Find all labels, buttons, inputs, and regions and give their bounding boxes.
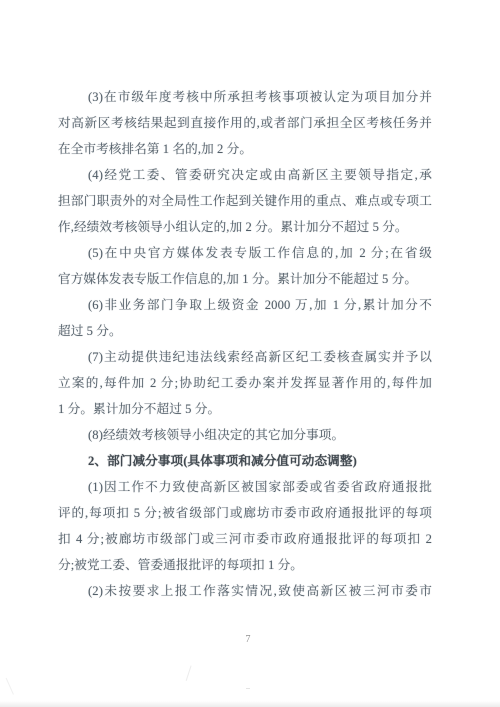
text-line: 对高新区考核结果起到直接作用的,或者部门承担全区考核任务并 — [58, 110, 432, 136]
page-bottom-edge — [0, 701, 500, 707]
text-line: 立案的,每件加 2 分;协助纪工委办案并发挥显著作用的,每件加 — [58, 370, 432, 396]
text-line: 作,经绩效考核领导小组认定的,加 2 分。累计加分不超过 5 分。 — [58, 214, 432, 240]
scan-artifact — [6, 675, 20, 694]
text-line: 1 分。累计加分不超过 5 分。 — [58, 396, 432, 422]
text-line: (2)未按要求上报工作落实情况,致使高新区被三河市委市 — [58, 578, 432, 604]
text-line: 扣 4 分;被廊坊市级部门或三河市委市政府通报批评的每项扣 2 — [58, 526, 432, 552]
text-line: 官方媒体发表专版工作信息的,加 1 分。累计加分不能超过 5 分。 — [58, 266, 432, 292]
text-line: (4)经党工委、管委研究决定或由高新区主要领导指定,承 — [58, 162, 432, 188]
text-line: 评的,每项扣 5 分;被省级部门或廊坊市委市政府通报批评的每项 — [58, 500, 432, 526]
text-line: 分;被党工委、管委通报批评的每项扣 1 分。 — [58, 552, 432, 578]
page-number: 7 — [0, 634, 496, 645]
document-page: (3)在市级年度考核中所承担考核事项被认定为项目加分并对高新区考核结果起到直接作… — [0, 0, 500, 707]
text-line: (6)非业务部门争取上级资金 2000 万,加 1 分,累计加分不 — [58, 292, 432, 318]
text-line: (5)在中央官方媒体发表专版工作信息的,加 2 分;在省级 — [58, 240, 432, 266]
section-heading: 2、部门减分事项(具体事项和减分值可动态调整) — [58, 448, 432, 474]
text-line: (3)在市级年度考核中所承担考核事项被认定为项目加分并 — [58, 84, 432, 110]
text-line: (7)主动提供违纪违法线索经高新区纪工委核查属实并予以 — [58, 344, 432, 370]
text-line: 担部门职责外的对全局性工作起到关键作用的重点、难点或专项工 — [58, 188, 432, 214]
text-line: 超过 5 分。 — [58, 318, 432, 344]
scan-artifact — [186, 665, 197, 682]
text-line: 在全市考核排名第 1 名的,加 2 分。 — [58, 136, 432, 162]
text-line: (8)经绩效考核领导小组决定的其它加分事项。 — [58, 422, 432, 448]
document-body: (3)在市级年度考核中所承担考核事项被认定为项目加分并对高新区考核结果起到直接作… — [58, 84, 432, 604]
text-line: (1)因工作不力致使高新区被国家部委或省委省政府通报批 — [58, 474, 432, 500]
scan-artifact — [246, 688, 250, 689]
